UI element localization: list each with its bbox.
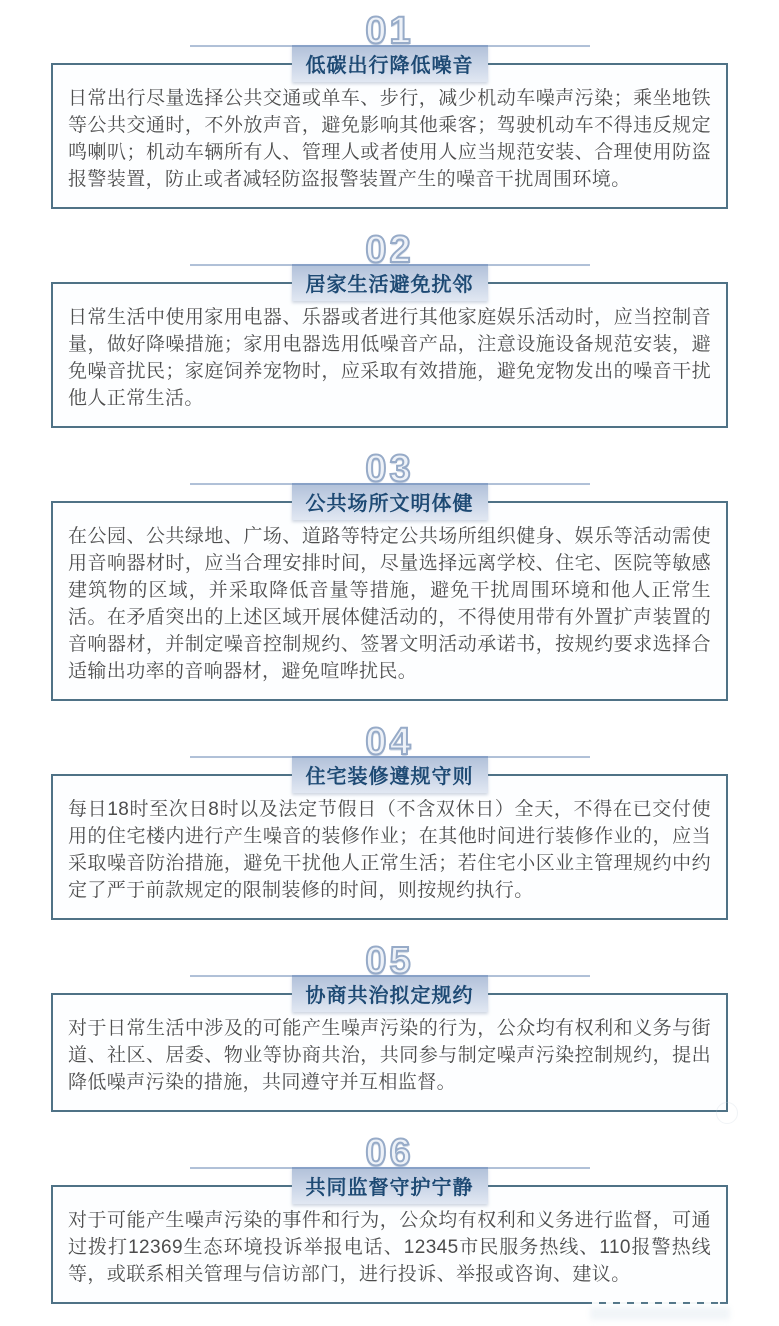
section-title: 共同监督守护宁静 <box>306 1177 474 1199</box>
section-title: 居家生活避免扰邻 <box>306 274 474 296</box>
watermark-artifact <box>590 1307 730 1320</box>
section-body-text: 每日18时至次日8时以及法定节假日（不含双休日）全天，不得在已交付使用的住宅楼内… <box>68 796 711 904</box>
section-02-home-life: 02 居家生活避免扰邻 日常生活中使用家用电器、乐器或者进行其他家庭娱乐活动时，… <box>51 231 728 428</box>
section-05-consultation-pact: 05 协商共治拟定规约 对于日常生活中涉及的可能产生噪声污染的行为，公众均有权利… <box>51 942 728 1112</box>
section-body-box: 住宅装修遵规守则 每日18时至次日8时以及法定节假日（不含双休日）全天，不得在已… <box>51 774 728 920</box>
section-title-banner: 居家生活避免扰邻 <box>292 264 488 301</box>
section-body-box: 公共场所文明体健 在公园、公共绿地、广场、道路等特定公共场所组织健身、娱乐等活动… <box>51 501 728 701</box>
section-title-banner: 共同监督守护宁静 <box>292 1167 488 1204</box>
section-04-renovation-rules: 04 住宅装修遵规守则 每日18时至次日8时以及法定节假日（不含双休日）全天，不… <box>51 723 728 920</box>
section-body-text: 对于可能产生噪声污染的事件和行为，公众均有权利和义务进行监督，可通过拨打1236… <box>68 1207 711 1288</box>
section-title: 低碳出行降低噪音 <box>306 55 474 77</box>
noise-control-infographic-page: 01 低碳出行降低噪音 日常出行尽量选择公共交通或单车、步行，减少机动车噪声污染… <box>0 0 779 1304</box>
section-body-box: 居家生活避免扰邻 日常生活中使用家用电器、乐器或者进行其他家庭娱乐活动时，应当控… <box>51 282 728 428</box>
section-title: 住宅装修遵规守则 <box>306 766 474 788</box>
section-title-banner: 住宅装修遵规守则 <box>292 756 488 793</box>
section-body-text: 日常生活中使用家用电器、乐器或者进行其他家庭娱乐活动时，应当控制音量，做好降噪措… <box>68 304 711 412</box>
section-body-box: 低碳出行降低噪音 日常出行尽量选择公共交通或单车、步行，减少机动车噪声污染；乘坐… <box>51 63 728 209</box>
watermark-artifact <box>592 1300 720 1306</box>
section-title: 协商共治拟定规约 <box>306 985 474 1007</box>
section-title-banner: 公共场所文明体健 <box>292 483 488 520</box>
section-body-text: 对于日常生活中涉及的可能产生噪声污染的行为，公众均有权利和义务与街道、社区、居委… <box>68 1015 711 1096</box>
section-body-box: 共同监督守护宁静 对于可能产生噪声污染的事件和行为，公众均有权利和义务进行监督，… <box>51 1185 728 1304</box>
section-body-text: 在公园、公共绿地、广场、道路等特定公共场所组织健身、娱乐等活动需使用音响器材时，… <box>68 523 711 685</box>
section-06-joint-supervision: 06 共同监督守护宁静 对于可能产生噪声污染的事件和行为，公众均有权利和义务进行… <box>51 1134 728 1304</box>
section-body-text: 日常出行尽量选择公共交通或单车、步行，减少机动车噪声污染；乘坐地铁等公共交通时，… <box>68 85 711 193</box>
section-01-low-carbon-travel: 01 低碳出行降低噪音 日常出行尽量选择公共交通或单车、步行，减少机动车噪声污染… <box>51 12 728 209</box>
watermark-artifact <box>716 1102 738 1124</box>
section-body-box: 协商共治拟定规约 对于日常生活中涉及的可能产生噪声污染的行为，公众均有权利和义务… <box>51 993 728 1112</box>
section-03-public-places: 03 公共场所文明体健 在公园、公共绿地、广场、道路等特定公共场所组织健身、娱乐… <box>51 450 728 701</box>
section-title-banner: 协商共治拟定规约 <box>292 975 488 1012</box>
section-title: 公共场所文明体健 <box>306 493 474 515</box>
section-title-banner: 低碳出行降低噪音 <box>292 45 488 82</box>
